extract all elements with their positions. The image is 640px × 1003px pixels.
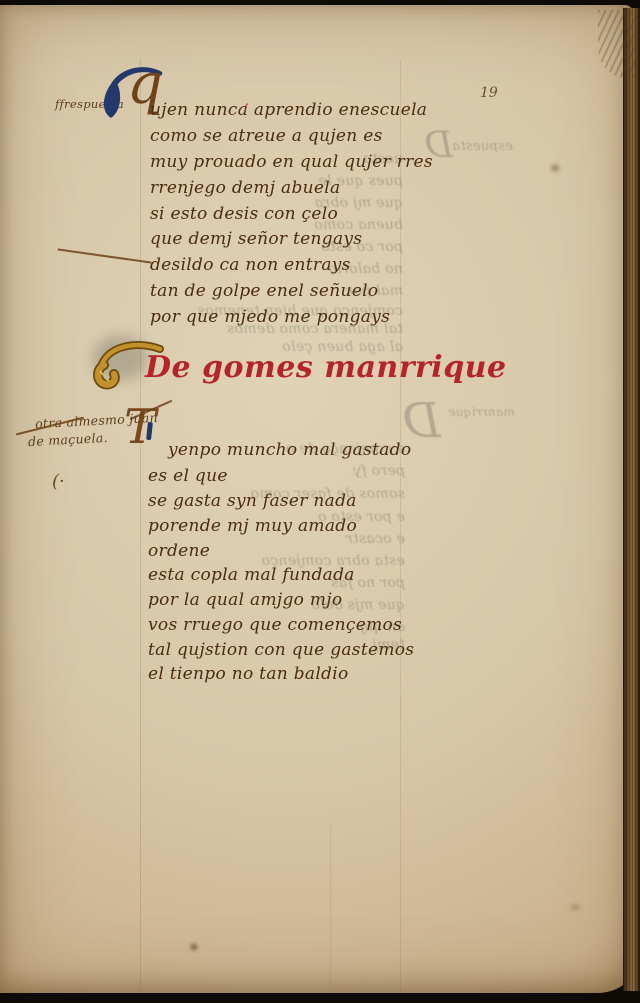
ruling-line-left [140,60,141,990]
verse-line: rrenjego demj abuela [150,178,340,198]
verse-line: vos rruego que començemos [148,615,402,635]
verse-line: por que mjedo me pongays [150,307,390,327]
verse-line: muy prouado en qual qujer rres [150,152,433,172]
verse-line: se gasta syn faser nada [148,491,357,511]
verse-line: tan de golpe enel señuelo [150,281,378,301]
verse-line: por la qual amjgo mjo [148,590,342,610]
parchment-page: D espuesta uesta pues que le que mj obra… [0,5,633,993]
margin-note-attribution-line2: de maçuela. [28,430,109,449]
rubric-title: De gomes manrrique [145,350,507,385]
manuscript-photo: D espuesta uesta pues que le que mj obra… [0,0,640,1003]
verse-line: porende mj muy amado [148,516,357,536]
ghost-line: pero fy [305,463,405,479]
verse-line: ordene [148,541,210,561]
verse-line: es el que [148,466,228,486]
verse-line: si esto desis con çelo [150,204,338,224]
margin-paren-mark: (· [52,471,65,492]
verse-line: como se atreue a qujen es [150,126,383,146]
verse-line: desildo ca non entrays [150,255,351,275]
verse-line: el tienpo no tan baldio [148,664,349,684]
pen-flourish [57,248,151,263]
ink-stain [191,944,197,950]
ink-stain [570,905,580,910]
book-fore-edge [623,8,640,991]
crease-line [330,825,331,985]
folio-number: 19 [480,85,498,101]
ghost-word: manrrique [448,405,515,419]
verse-line: que demj señor tengays [150,229,362,249]
verse-line: esta copla mal fundada [148,565,355,585]
verse-line: yenpo muncho mal gastado [168,440,411,460]
ink-stain [551,165,559,171]
verse-line: tal qujstion con que gastemos [148,640,414,660]
ghost-word: espuesta [452,139,513,154]
verse-line: ujen nunca aprendio enescuela [150,100,427,120]
